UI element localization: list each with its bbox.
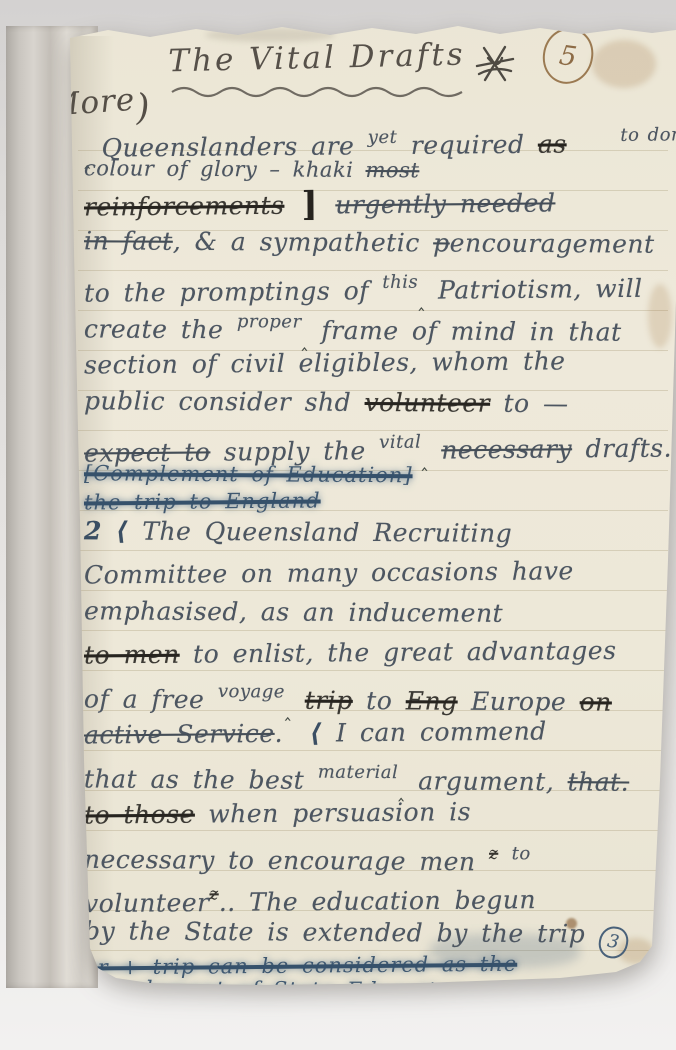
handwriting-segment: Committee on many occasions have [84, 556, 574, 589]
handwriting-segment: ⟨ [310, 718, 336, 747]
notebook-page: The Vital Drafts 5 [0, 0, 676, 1050]
handwriting-segment: in fact [84, 226, 173, 256]
handwriting-segment: encouragement [450, 228, 655, 258]
handwriting-segment: required [397, 130, 538, 160]
manuscript-line: public consider shd volunteer to — [84, 381, 664, 425]
handwriting-segment: colour of glory – khaki [84, 156, 366, 182]
handwriting-segment: when persuasion is [195, 797, 471, 828]
handwriting-segment: section of civil eligibles, whom the [84, 346, 566, 379]
page-number-text: 5 [557, 39, 578, 72]
handwriting-segment: to [353, 686, 406, 715]
handwriting-segment: Eng [406, 686, 458, 715]
manuscript-line: reinforcements ] urgently needed [84, 180, 664, 225]
handwriting-segment: most [365, 158, 419, 182]
manuscript-line: Committee on many occasions have [84, 550, 664, 595]
handwriting-segment: p [433, 228, 450, 257]
handwriting-segment [428, 436, 442, 465]
bracket-mark: [ [24, 79, 49, 134]
handwriting-segment: to enlist, the great advantages [180, 636, 617, 669]
handwriting-segment: to [512, 843, 531, 864]
stain-mark [592, 40, 656, 88]
handwriting-segment: necessary [441, 434, 572, 464]
handwriting-segment: to men [84, 640, 180, 670]
manuscript-line: expect to supply the vital‸ necessary dr… [84, 420, 664, 465]
handwriting-segment: . [274, 719, 310, 748]
handwriting-segment [566, 129, 620, 158]
handwriting-segment: to — [490, 389, 569, 418]
handwriting-segment: by the State is extended by the trip [84, 916, 599, 948]
handwriting-segment: ] [284, 183, 335, 223]
handwriting-segment: , & a sympathetic [173, 227, 434, 258]
handwriting-segment: voyage [218, 681, 285, 702]
notebook-page-wrap: The Vital Drafts 5 [0, 0, 676, 1050]
manuscript-line: section of civil eligibles, whom the [84, 340, 664, 385]
manuscript-line: to those when persuasion is [84, 790, 664, 835]
page-title: The Vital Drafts [152, 36, 483, 79]
handwriting-segment: Patriotism, will [425, 274, 643, 305]
manuscript-line: ‸ Queenslanders are yet required as to d… [84, 115, 664, 160]
asterisk-scribble-icon [474, 44, 516, 84]
handwriting-segment: I can commend [336, 716, 547, 747]
manuscript-line: to men to enlist, the great advantages [84, 630, 664, 675]
handwriting-segment: public consider shd [84, 386, 365, 417]
manuscript-line: to the promptings of this‸ Patriotism, w… [84, 260, 664, 305]
handwriting-segment: that as the best [84, 764, 318, 794]
handwriting-segment: trip [305, 686, 353, 715]
handwriting-segment: or + trip can be considered as the [84, 952, 517, 980]
handwriting-segment: material [318, 762, 399, 783]
photo-background: The Vital Drafts 5 [0, 0, 676, 1050]
handwriting-segment: 2 ⟨ [84, 516, 142, 545]
handwriting-segment: necessary to encourage men [84, 845, 489, 876]
handwriting-segment: proper [237, 311, 302, 332]
handwriting-segment: urgently needed [335, 188, 555, 219]
handwriting-segment: emphasised, as an inducement [84, 596, 503, 628]
handwriting-segment: yet [368, 127, 398, 148]
manuscript-line: that as the best material‸ argument, tha… [84, 751, 664, 795]
manuscript-line: 2 ⟨ The Queensland Recruiting [84, 511, 664, 555]
manuscript-line: volunteerz.. The education begun [84, 870, 664, 915]
manuscript-line: active Service. ⟨ I can commend [84, 710, 664, 755]
handwriting-segment: as [538, 129, 567, 158]
manuscript-line: by the State is extended by the trip 3 [84, 911, 664, 955]
circled-page-number: 5 [539, 25, 596, 87]
manuscript-line: create the proper‸ frame of mind in that [84, 301, 664, 345]
manuscript-line: necessary to encourage men z to [84, 831, 664, 875]
wavy-underline [170, 84, 470, 98]
handwriting-segment: drafts. [572, 434, 672, 464]
handwriting-segment: The Queensland Recruiting [142, 517, 512, 548]
handwriting-segment [291, 686, 305, 715]
manuscript-body: ‸ Queenslanders are yet required as to d… [84, 118, 664, 1003]
manuscript-line: complement of State Education. [84, 976, 664, 1005]
manuscript-line: of a free voyage‸ trip to Eng Europe on [84, 671, 664, 715]
handwriting-segment: active Service [84, 719, 275, 750]
handwriting-segment: create the [84, 314, 237, 344]
handwriting-segment: complement of State Education. [84, 976, 472, 1002]
handwriting-segment: [Complement of Education] [84, 461, 413, 487]
handwriting-segment: vital [379, 432, 421, 453]
handwriting-segment: reinforcements [84, 191, 285, 222]
handwriting-segment: of a free [84, 684, 218, 714]
handwriting-segment: volunteer [365, 388, 491, 418]
handwriting-segment: z [489, 844, 498, 863]
manuscript-line: emphasised, as an inducement [84, 591, 664, 635]
handwriting-segment: to don the [620, 124, 676, 146]
handwriting-segment: to those [84, 800, 195, 830]
handwriting-segment: this [382, 272, 418, 293]
handwriting-segment: z [209, 884, 218, 903]
stain-mark [54, 842, 64, 852]
manuscript-line: in fact, & a sympathetic pencouragement [84, 221, 664, 265]
